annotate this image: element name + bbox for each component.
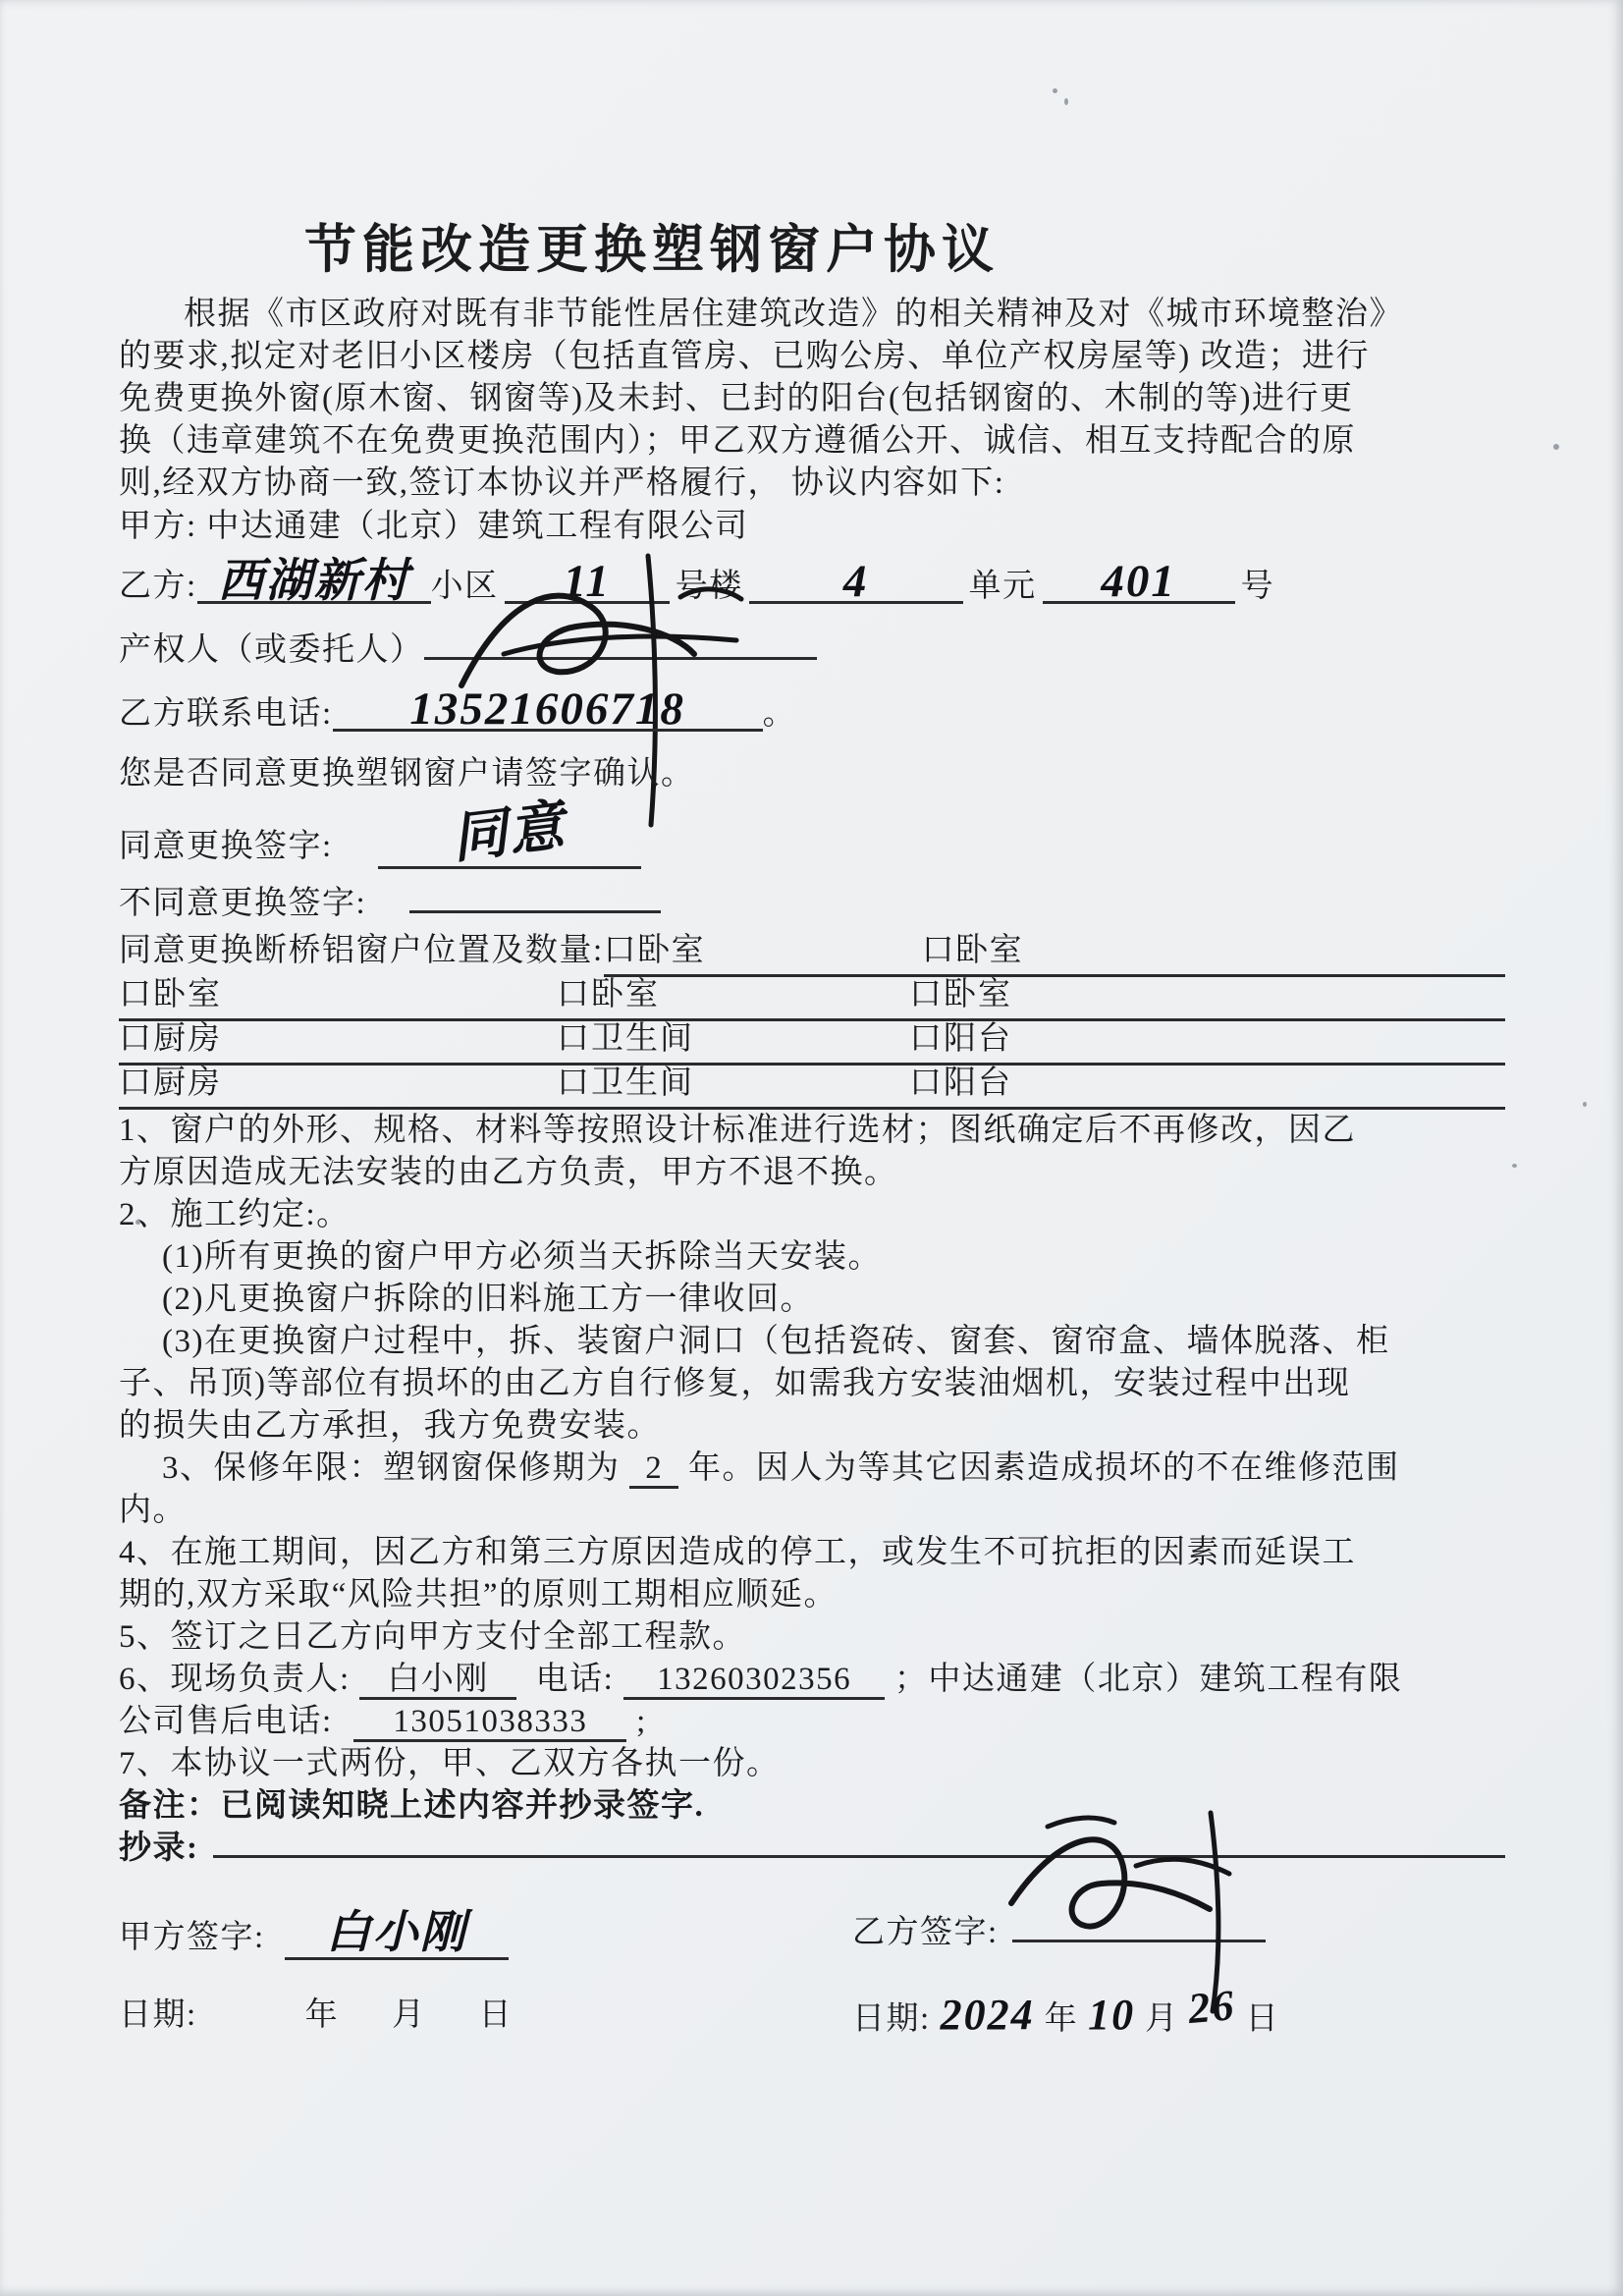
unit-label: 单元 bbox=[969, 567, 1037, 606]
site-manager-name: 白小刚 bbox=[359, 1662, 516, 1700]
party-b-line: 乙方: 西湖新村 小区 11 号楼 4 单元 401 号 bbox=[119, 562, 1505, 606]
term-4-line-2: 期的,双方采取“风险共担”的原则工期相应顺延。 bbox=[119, 1575, 1505, 1614]
date-b-label: 日期: bbox=[852, 1999, 931, 2039]
phone-number-handwritten: 13521606718 bbox=[333, 689, 763, 732]
window-checkbox-cell: 口卫生间 bbox=[557, 1019, 909, 1066]
disagree-signature-line bbox=[409, 910, 661, 913]
disagree-sign-label: 不同意更换签字: bbox=[119, 884, 366, 923]
agree-sign-label: 同意更换签字: bbox=[119, 827, 333, 866]
term-3-line-1: 3、保修年限：塑钢窗保修期为 2 年。因人为等其它因素造成损坏的不在维修范围 bbox=[119, 1449, 1548, 1488]
term-6-mid: ；中达通建（北京）建筑工程有限 bbox=[894, 1662, 1403, 1697]
window-checkbox-cell: 口卧室 bbox=[119, 975, 557, 1021]
scanned-agreement-page: 节能改造更换塑钢窗户协议 根据《市区政府对既有非节能性居住建筑改造》的相关精神及… bbox=[0, 0, 1623, 2296]
term-3-post: 年。因人为等其它因素造成损坏的不在维修范围 bbox=[688, 1450, 1400, 1486]
term-4-line-1: 4、在施工期间，因乙方和第三方原因造成的停工，或发生不可抗拒的因素而延误工 bbox=[119, 1533, 1505, 1572]
term-5: 5、签订之日乙方向甲方支付全部工程款。 bbox=[119, 1617, 1505, 1657]
term-6-end: ; bbox=[636, 1704, 647, 1739]
term-2-sub-3-line-1: (3)在更换窗户过程中，拆、装窗户洞口（包括瓷砖、窗套、窗帘盒、墙体脱落、柜 bbox=[119, 1322, 1548, 1361]
date-b-year-handwritten: 2024 bbox=[941, 1995, 1035, 2035]
document-title: 节能改造更换塑钢窗户协议 bbox=[304, 208, 1000, 283]
unit-number-handwritten: 4 bbox=[749, 562, 963, 604]
agree-signature-line: 同意 bbox=[378, 819, 641, 869]
site-manager-phone: 13260302356 bbox=[623, 1662, 885, 1700]
room-label: 号 bbox=[1241, 567, 1275, 606]
party-b-signature-field bbox=[1012, 1940, 1266, 1942]
term-7: 7、本协议一式两份，甲、乙双方各执一份。 bbox=[119, 1744, 1505, 1783]
term-1-line-2: 方原因造成无法安装的由乙方负责，甲方不退不换。 bbox=[119, 1153, 1505, 1192]
phone-period: 。 bbox=[763, 694, 797, 734]
term-6-line-1: 6、现场负责人: 白小刚 电话: 13260302356 ；中达通建（北京）建筑… bbox=[119, 1660, 1505, 1699]
confirm-prompt: 您是否同意更换塑钢窗户请签字确认。 bbox=[119, 754, 1505, 793]
window-table-row-1: 口卧室 口卧室 口卧室 bbox=[119, 975, 1505, 1021]
aftersales-phone: 13051038333 bbox=[353, 1704, 626, 1742]
window-checkbox-cell: 口厨房 bbox=[119, 1064, 557, 1110]
agree-sign-line: 同意更换签字: 同意 bbox=[119, 819, 1505, 869]
warranty-years-value: 2 bbox=[629, 1450, 678, 1489]
scan-speck bbox=[135, 1220, 140, 1225]
party-b-signature-label: 乙方签字: bbox=[852, 1913, 999, 1952]
term-2-sub-3-line-3: 的损失由乙方承担，我方免费安装。 bbox=[119, 1406, 1505, 1446]
window-checkbox-cell: 口卫生间 bbox=[557, 1064, 909, 1110]
scan-speck bbox=[1053, 88, 1057, 93]
intro-line-3: 免费更换外窗(原木窗、钢窗等)及未封、已封的阳台(包括钢窗的、木制的等)进行更 bbox=[119, 379, 1505, 418]
term-1-line-1: 1、窗户的外形、规格、材料等按照设计标准进行选材；图纸确定后不再修改，因乙 bbox=[119, 1111, 1505, 1150]
party-a-signature-label: 甲方签字: bbox=[119, 1918, 265, 1957]
party-a-signature-line: 甲方签字: 白小刚 bbox=[119, 1913, 845, 1960]
copy-blank-line bbox=[213, 1855, 1506, 1858]
party-b-signature-line: 乙方签字: bbox=[852, 1913, 1266, 1952]
phone-label: 乙方联系电话: bbox=[119, 694, 333, 734]
date-a-month-unit: 月 bbox=[392, 1995, 426, 2035]
date-a-label: 日期: bbox=[119, 1995, 197, 2035]
party-a-date-line: 日期: 年 月 日 bbox=[119, 1995, 845, 2035]
window-checkbox-cell: 口阳台 bbox=[909, 1019, 1505, 1066]
building-number-handwritten: 11 bbox=[505, 562, 670, 604]
window-checkbox-cell: 口卧室 bbox=[604, 931, 922, 977]
agree-signature-handwritten: 同意 bbox=[450, 806, 568, 859]
party-a-signature-field: 白小刚 bbox=[285, 1913, 509, 1960]
window-checkbox-cell: 口卧室 bbox=[557, 975, 909, 1021]
window-table-header: 同意更换断桥铝窗户位置及数量: 口卧室 口卧室 bbox=[119, 931, 1505, 977]
date-b-month-unit: 月 bbox=[1145, 1999, 1179, 2039]
disagree-sign-line: 不同意更换签字: bbox=[119, 884, 1505, 923]
term-6-tel-label: 电话: bbox=[536, 1662, 615, 1697]
intro-line-2: 的要求,拟定对老旧小区楼房（包括直管房、已购公房、单位产权房屋等) 改造；进行 bbox=[119, 337, 1505, 376]
date-b-day-handwritten: 26 bbox=[1186, 1986, 1236, 2029]
estate-suffix-label: 小区 bbox=[431, 567, 499, 606]
scan-speck bbox=[1512, 1164, 1517, 1168]
term-2-sub-1: (1)所有更换的窗户甲方必须当天拆除当天安装。 bbox=[119, 1237, 1548, 1277]
date-b-day-unit: 日 bbox=[1246, 1999, 1280, 2039]
owner-line: 产权人（或委托人） bbox=[119, 630, 1505, 670]
party-b-date-line: 日期: 2024 年 10 月 26 日 bbox=[852, 1995, 1279, 2039]
building-label: 号楼 bbox=[676, 567, 743, 606]
room-number-handwritten: 401 bbox=[1043, 562, 1235, 604]
phone-line: 乙方联系电话: 13521606718 。 bbox=[119, 689, 1505, 734]
date-a-year-unit: 年 bbox=[305, 1995, 340, 2035]
term-6-l2-pre: 公司售后电话: bbox=[119, 1704, 333, 1739]
scan-speck bbox=[1583, 1102, 1587, 1107]
party-a-line: 甲方: 中达通建（北京）建筑工程有限公司 bbox=[119, 507, 1505, 546]
copy-line: 抄录: bbox=[119, 1829, 1505, 1868]
intro-line-5: 则,经双方协商一致,签订本协议并严格履行， 协议内容如下: bbox=[119, 464, 1505, 503]
window-checkbox-cell: 口卧室 bbox=[909, 975, 1505, 1021]
copy-label: 抄录: bbox=[119, 1829, 199, 1868]
estate-name-handwritten: 西湖新村 bbox=[197, 562, 431, 604]
window-checkbox-cell: 口阳台 bbox=[909, 1064, 1505, 1110]
intro-line-1: 根据《市区政府对既有非节能性居住建筑改造》的相关精神及对《城市环境整治》 bbox=[119, 295, 1570, 334]
intro-line-4: 换（违章建筑不在免费更换范围内）；甲乙双方遵循公开、诚信、相互支持配合的原 bbox=[119, 421, 1505, 461]
date-b-month-handwritten: 10 bbox=[1088, 1995, 1135, 2035]
window-checkbox-cell: 口卧室 bbox=[922, 931, 1505, 977]
owner-label: 产权人（或委托人） bbox=[119, 630, 424, 670]
window-table-row-2: 口厨房 口卫生间 口阳台 bbox=[119, 1019, 1505, 1066]
party-b-label: 乙方: bbox=[119, 567, 197, 606]
term-6-line-2: 公司售后电话: 13051038333 ; bbox=[119, 1702, 1505, 1741]
term-6-pre: 6、现场负责人: bbox=[119, 1662, 351, 1697]
term-2: 2、施工约定:。 bbox=[119, 1195, 1505, 1234]
scan-speck bbox=[1553, 444, 1559, 450]
term-3-pre: 3、保修年限：塑钢窗保修期为 bbox=[162, 1450, 621, 1486]
party-a-signature-handwritten: 白小刚 bbox=[326, 1907, 467, 1957]
term-3-line-2: 内。 bbox=[119, 1491, 1505, 1530]
note-line: 备注：已阅读知晓上述内容并抄录签字. bbox=[119, 1786, 1505, 1826]
date-a-day-unit: 日 bbox=[479, 1995, 514, 2035]
window-table-header-label: 同意更换断桥铝窗户位置及数量: bbox=[119, 931, 604, 974]
term-2-sub-3-line-2: 子、吊顶)等部位有损坏的由乙方自行修复，如需我方安装油烟机，安装过程中出现 bbox=[119, 1364, 1505, 1403]
window-table-row-3: 口厨房 口卫生间 口阳台 bbox=[119, 1064, 1505, 1110]
term-2-sub-2: (2)凡更换窗户拆除的旧料施工方一律收回。 bbox=[119, 1280, 1548, 1319]
scan-speck bbox=[1064, 98, 1068, 105]
date-b-year-unit: 年 bbox=[1045, 1999, 1079, 2039]
owner-signature-line bbox=[424, 657, 817, 660]
window-checkbox-cell: 口厨房 bbox=[119, 1019, 557, 1066]
